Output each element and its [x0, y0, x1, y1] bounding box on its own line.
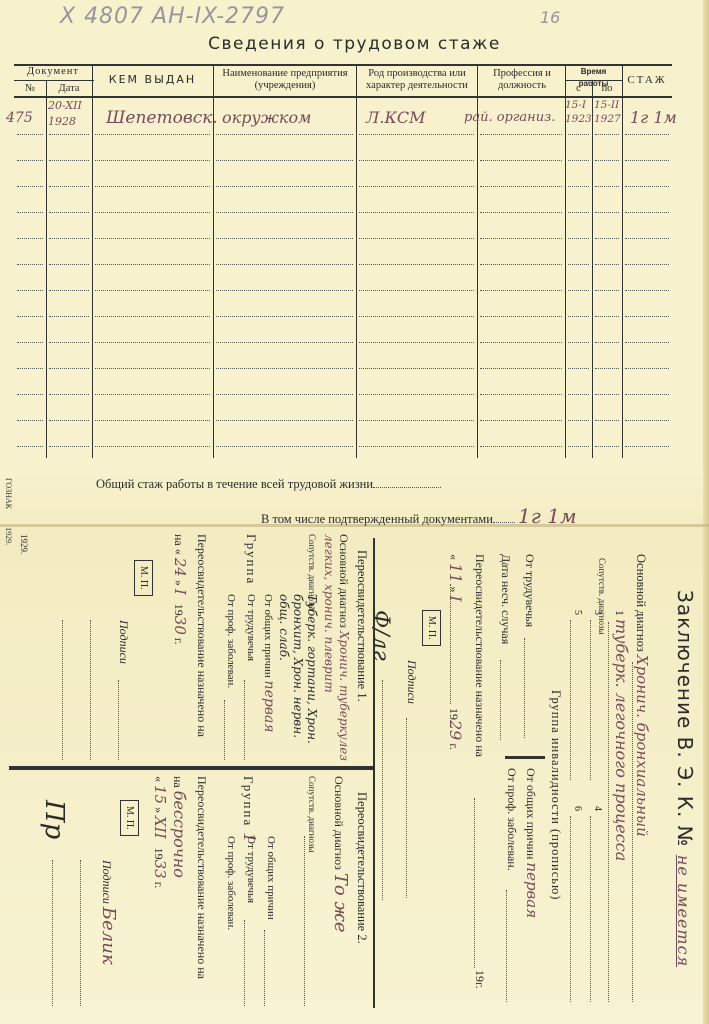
row-dotted-line: [568, 316, 589, 317]
header-to: по: [592, 83, 622, 95]
header-no: №: [14, 83, 46, 95]
dotted-line: [62, 620, 63, 760]
row-dotted-line: [216, 394, 353, 395]
vtek-concomitant-label: Сопутств. диагнозы: [597, 558, 607, 635]
stamp-box: М. П.: [422, 610, 441, 646]
row-dotted-line: [17, 290, 43, 291]
row-dotted-line: [359, 394, 474, 395]
recert1-main-diagnosis: Основной диагноз Хронич. туберкулез легк…: [321, 534, 351, 764]
cell-tenure: 1г 1м: [630, 108, 677, 127]
row-dotted-line: [95, 420, 210, 421]
vtek-panel: Заключение В. Э. К. № не имеется Основно…: [9, 530, 709, 1024]
row-dotted-line: [17, 446, 43, 447]
row-dotted-line: [359, 264, 474, 265]
dotted-line: [570, 620, 571, 780]
col-divider: [92, 64, 93, 458]
row-dotted-line: [625, 368, 669, 369]
row-dotted-line: [49, 264, 89, 265]
row-dotted-line: [595, 316, 619, 317]
row-dotted-line: [216, 342, 353, 343]
row-dotted-line: [17, 238, 43, 239]
row-dotted-line: [568, 394, 589, 395]
cell-from: 15-I 1923: [565, 98, 593, 126]
row-dotted-line: [216, 264, 353, 265]
archive-note-left: Х 4807 АН-IX-2797: [60, 4, 285, 29]
row-dotted-line: [595, 238, 619, 239]
col-divider: [592, 80, 593, 458]
row-dotted-line: [568, 342, 589, 343]
from-general: От общих причин первая: [523, 768, 541, 918]
cell-enterprise: окружком: [222, 108, 311, 127]
col-divider: [46, 80, 47, 458]
vtek-line-1: 1 туберк. легочного процесса: [612, 610, 631, 861]
row-dotted-line: [480, 238, 562, 239]
row-dotted-line: [568, 368, 589, 369]
confirmed-tenure-label: В том числе подтвержденный документами: [261, 512, 493, 526]
recert-day: 11: [446, 563, 465, 583]
from-general-value: первая: [523, 862, 541, 918]
row-dotted-line: [625, 342, 669, 343]
line-1-label: 1: [613, 610, 627, 616]
row-dotted-line: [568, 290, 589, 291]
dotted-line: [244, 920, 245, 1006]
row-dotted-line: [49, 316, 89, 317]
dotted-line: [474, 798, 475, 968]
row-dotted-line: [480, 316, 562, 317]
printer-label: ГОЗНАК: [4, 478, 13, 509]
recert2-group: Группа 1: [240, 776, 259, 845]
year-prefix: 19: [152, 848, 166, 860]
row-dotted-line: [595, 134, 619, 135]
row-dotted-line: [359, 134, 474, 135]
row-dotted-line: [216, 186, 353, 187]
line-3-label: 3: [592, 610, 603, 615]
row-dotted-line: [216, 238, 353, 239]
header-issued-by: КЕМ ВЫДАН: [92, 74, 213, 86]
recert2-main-diagnosis: Основной диагноз То же: [330, 776, 351, 933]
row-dotted-line: [625, 446, 669, 447]
recert2-recert-date: « 15 » XII 1933 г.: [151, 776, 169, 888]
dotted-line: [304, 836, 305, 1006]
row-dotted-line: [480, 420, 562, 421]
group-label: Группа: [241, 776, 256, 827]
row-dotted-line: [359, 212, 474, 213]
recert2-signature-mark: Пр: [39, 800, 69, 839]
row-dotted-line: [595, 212, 619, 213]
dotted-line: [382, 680, 383, 900]
row-dotted-line: [216, 290, 353, 291]
recert1-signatures-label: Подписи: [116, 620, 131, 664]
year-prefix: 19: [172, 604, 186, 616]
recert1-recert: Переосвидетельствование назначено на: [194, 534, 209, 737]
vtek-number: не имеется: [674, 855, 693, 967]
main-diagnosis-label: Основной диагноз: [332, 776, 346, 870]
row-dotted-line: [17, 420, 43, 421]
row-dotted-line: [359, 342, 474, 343]
row-dotted-line: [95, 290, 210, 291]
row-dotted-line: [17, 134, 43, 135]
row-dotted-line: [49, 290, 89, 291]
recert1-stamp-box: М. П.: [134, 560, 153, 596]
recert1-title: Переосвидетельствование 1.: [354, 550, 369, 702]
accident-date-label: Дата несч. случая: [499, 554, 513, 644]
row-dotted-line: [568, 264, 589, 265]
row-dotted-line: [17, 186, 43, 187]
recert1-recert-date: на « 24 » I 1930 г.: [171, 534, 189, 644]
from-prof: От проф. заболеван.: [504, 768, 519, 871]
row-dotted-line: [480, 394, 562, 395]
row-dotted-line: [49, 134, 89, 135]
disability-group-label: Группа инвалидности (прописью): [548, 690, 563, 900]
row-dotted-line: [480, 264, 562, 265]
row-dotted-line: [480, 368, 562, 369]
total-tenure-label: Общий стаж работы в течение всей трудово…: [96, 477, 373, 491]
recert-divider: [9, 766, 375, 770]
recert1-group-label: Группа: [243, 534, 259, 585]
year-prefix: 19: [447, 708, 461, 720]
dotted-line: [524, 638, 525, 738]
row-dotted-line: [95, 394, 210, 395]
dotted-line: [450, 584, 451, 704]
row-dotted-line: [625, 316, 669, 317]
row-dotted-line: [595, 394, 619, 395]
row-dotted-line: [625, 238, 669, 239]
cell-no: 475: [6, 110, 33, 126]
row-dotted-line: [480, 342, 562, 343]
signatures-label: Подписи: [404, 660, 419, 704]
row-dotted-line: [568, 160, 589, 161]
row-dotted-line: [480, 134, 562, 135]
recert-label: Переосвидетельствование назначено на: [473, 554, 487, 757]
archive-note-right: 16: [540, 8, 560, 27]
confirmed-tenure-value: 1г 1м: [518, 504, 577, 528]
recert2-recert: Переосвидетельствование назначено на: [194, 776, 209, 979]
row-dotted-line: [49, 342, 89, 343]
row-dotted-line: [95, 238, 210, 239]
section-divider: [374, 538, 376, 1008]
row-dotted-line: [595, 446, 619, 447]
separator-bar: [505, 756, 545, 759]
row-dotted-line: [625, 264, 669, 265]
dotted-line: [500, 660, 501, 740]
dotted-line: [608, 622, 609, 1002]
row-dotted-line: [17, 212, 43, 213]
row-dotted-line: [359, 238, 474, 239]
row-dotted-line: [216, 134, 353, 135]
header-profession: Профессия и должность: [492, 68, 552, 92]
recert2-from-prof: От проф. заболеван.: [225, 836, 237, 930]
vtek-main-diagnosis: Основной диагноз Хронич. бронхиальный: [633, 554, 651, 837]
from-general-label: От общих причин: [524, 768, 538, 859]
cell-profession: рай. организ.: [464, 110, 555, 125]
vtek-title: Заключение В. Э. К. № не имеется: [673, 590, 697, 967]
total-tenure-dots: [373, 487, 441, 488]
dotted-line: [632, 662, 633, 1002]
recert-year-suffix: г.: [473, 982, 487, 989]
main-diagnosis-label: Основной диагноз: [337, 534, 351, 628]
confirmed-tenure-line: В том числе подтвержденный документами 1…: [261, 504, 577, 528]
row-dotted-line: [568, 446, 589, 447]
row-dotted-line: [95, 212, 210, 213]
row-dotted-line: [568, 238, 589, 239]
row-dotted-line: [625, 160, 669, 161]
row-dotted-line: [359, 160, 474, 161]
row-dotted-line: [95, 160, 210, 161]
row-dotted-line: [49, 186, 89, 187]
recert2-concomitant-label: Сопутств. диагнозы: [307, 776, 317, 853]
header-activity: Род производства или характер деятельнос…: [360, 68, 474, 92]
dotted-line: [506, 890, 507, 1002]
row-dotted-line: [95, 316, 210, 317]
recert1-from-general: От общих причин первая: [261, 594, 277, 733]
recert-month: I: [446, 595, 465, 601]
dotted-line: [90, 620, 91, 760]
dotted-line: [590, 816, 591, 1002]
vtek-recert-year: 1929 г.: [446, 708, 465, 750]
line-5-label: 5: [572, 610, 583, 615]
row-dotted-line: [95, 342, 210, 343]
row-dotted-line: [359, 316, 474, 317]
row-dotted-line: [49, 238, 89, 239]
recert-day: 15: [151, 785, 169, 804]
confirmed-tenure-dots: [493, 522, 515, 523]
from-injury: От трудувечья: [522, 554, 537, 627]
col-divider: [356, 64, 357, 458]
cell-activity: Л.КСМ: [366, 108, 425, 127]
line-6-label: 6: [572, 806, 583, 811]
accident-date: Дата несч. случая: [498, 554, 513, 644]
row-dotted-line: [95, 134, 210, 135]
row-dotted-line: [49, 368, 89, 369]
dotted-line: [406, 718, 407, 898]
dotted-line: [590, 620, 591, 780]
row-dotted-line: [49, 160, 89, 161]
row-dotted-line: [359, 446, 474, 447]
row-dotted-line: [568, 186, 589, 187]
row-dotted-line: [17, 342, 43, 343]
from-prof-label: От проф. заболеван.: [505, 768, 519, 871]
year-suffix: г.: [447, 743, 461, 750]
row-dotted-line: [480, 212, 562, 213]
header-date: Дата: [46, 83, 92, 95]
row-dotted-line: [625, 212, 669, 213]
recert-year: 33: [151, 860, 169, 879]
row-dotted-line: [17, 368, 43, 369]
row-dotted-line: [568, 420, 589, 421]
row-dotted-line: [595, 420, 619, 421]
row-dotted-line: [95, 368, 210, 369]
row-dotted-line: [359, 368, 474, 369]
row-dotted-line: [216, 160, 353, 161]
main-diagnosis-label: Основной диагноз: [634, 554, 648, 652]
dotted-line: [244, 680, 245, 760]
row-dotted-line: [216, 316, 353, 317]
main-diagnosis-value: Хронич. бронхиальный: [633, 655, 651, 837]
recert2-recert-value-line: на бессрочно: [170, 776, 189, 878]
row-dotted-line: [216, 368, 353, 369]
row-dotted-line: [216, 446, 353, 447]
row-dotted-line: [595, 160, 619, 161]
row-dotted-line: [480, 160, 562, 161]
recert2-title: Переосвидетельствование 2.: [354, 792, 369, 944]
line-1-value: туберк. легочного процесса: [612, 619, 631, 861]
row-dotted-line: [216, 420, 353, 421]
dotted-line: [264, 930, 265, 1006]
row-dotted-line: [359, 290, 474, 291]
row-dotted-line: [17, 160, 43, 161]
row-dotted-line: [625, 420, 669, 421]
cell-issued-by: Шепетовск.: [106, 108, 218, 128]
dotted-line: [224, 700, 225, 760]
row-dotted-line: [625, 394, 669, 395]
cell-to: 15-II 1927: [594, 98, 624, 126]
recert1-from-prof: От проф. заболеван.: [225, 594, 237, 688]
from-general-label: От общих причин: [262, 594, 274, 678]
from-injury-label: От трудувечья: [523, 554, 537, 627]
recert-year: 29: [446, 720, 465, 740]
row-dotted-line: [95, 446, 210, 447]
recert-year-prefix: 19: [473, 970, 487, 982]
header-tenure: СТАЖ: [622, 74, 672, 86]
recert-month: I: [171, 589, 189, 595]
labor-title: Сведения о трудовом стаже: [0, 34, 709, 54]
row-dotted-line: [49, 420, 89, 421]
signature-value: Белик: [98, 907, 119, 965]
year-suffix: г.: [172, 638, 186, 645]
row-dotted-line: [17, 264, 43, 265]
year-suffix: г.: [152, 882, 166, 889]
row-dotted-line: [595, 368, 619, 369]
row-dotted-line: [625, 134, 669, 135]
row-dotted-line: [359, 420, 474, 421]
dotted-line: [80, 860, 81, 1006]
panel-year: 1929.: [19, 534, 29, 554]
total-tenure-line: Общий стаж работы в течение всей трудово…: [96, 476, 441, 492]
header-from: с: [565, 83, 592, 95]
row-dotted-line: [49, 212, 89, 213]
row-dotted-line: [95, 186, 210, 187]
main-diagnosis-value: То же: [330, 873, 351, 933]
header-document: Документ: [14, 66, 92, 78]
vtek-recert-year-suffix: 19г.: [472, 970, 487, 989]
row-dotted-line: [17, 316, 43, 317]
line-4-label: 4: [592, 806, 603, 811]
recert-year: 30: [171, 616, 189, 635]
recert2-stamp-box: М. П.: [120, 800, 139, 836]
row-dotted-line: [595, 290, 619, 291]
recert1-concomitant-value: Туберк. гортани, Хрон. бронхит, Хрон. не…: [277, 594, 319, 764]
recert2-signatures: Подписи Белик: [98, 860, 119, 965]
dotted-line: [118, 680, 119, 760]
row-dotted-line: [595, 342, 619, 343]
from-general-value: первая: [261, 681, 277, 733]
labor-table: Документ № Дата КЕМ ВЫДАН Наименование п…: [14, 64, 672, 458]
doc-sub-rule: [14, 80, 94, 81]
recert2-from-injury: От трудувечья: [245, 836, 257, 903]
row-dotted-line: [568, 212, 589, 213]
recert-month: XII: [151, 816, 169, 839]
document-page: Х 4807 АН-IX-2797 16 Сведения о трудовом…: [0, 0, 709, 1024]
dotted-line: [570, 816, 571, 1002]
recert-day: 24: [171, 558, 189, 577]
row-dotted-line: [625, 290, 669, 291]
row-dotted-line: [49, 446, 89, 447]
header-enterprise: Наименование предприятия (учреждения): [218, 68, 352, 92]
row-dotted-line: [216, 212, 353, 213]
row-dotted-line: [17, 394, 43, 395]
recert2-from-general: От общих причин: [265, 836, 277, 920]
vtek-recert: Переосвидетельствование назначено на: [472, 554, 487, 757]
row-dotted-line: [480, 290, 562, 291]
cell-date: 20-XII 1928: [48, 98, 92, 130]
recert-value: бессрочно: [170, 791, 189, 878]
row-dotted-line: [568, 134, 589, 135]
signature-mark: Ф/лг: [368, 610, 393, 661]
dotted-line: [52, 860, 53, 1006]
recert1-from-injury: От трудувечья: [245, 594, 257, 661]
row-dotted-line: [95, 264, 210, 265]
row-dotted-line: [49, 394, 89, 395]
signatures-label: Подписи: [100, 860, 114, 904]
row-dotted-line: [480, 186, 562, 187]
vtek-recert-date: « 11 » I: [446, 554, 465, 602]
row-dotted-line: [480, 446, 562, 447]
row-dotted-line: [359, 186, 474, 187]
row-dotted-line: [595, 264, 619, 265]
row-dotted-line: [595, 186, 619, 187]
row-dotted-line: [625, 186, 669, 187]
vtek-title-label: Заключение В. Э. К. №: [673, 590, 697, 847]
